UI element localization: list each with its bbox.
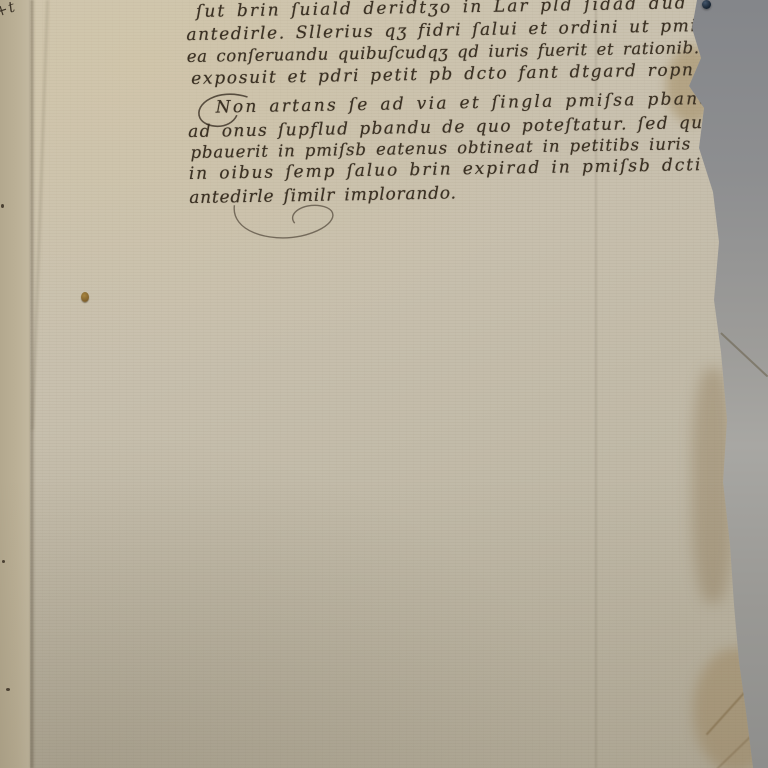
manuscript-page: +t ſut brin ſuiald deridtʒo in Lar pld ſ…	[0, 0, 768, 768]
pin-head	[702, 0, 711, 9]
paper-fleck	[81, 292, 89, 302]
manuscript-line: antedirle ſimilr implorando.	[189, 183, 457, 208]
photograph-of-manuscript: +t ſut brin ſuiald deridtʒo in Lar pld ſ…	[0, 0, 768, 768]
ink-speck	[2, 560, 5, 563]
ink-speck	[6, 688, 10, 691]
handwritten-text-block: ſut brin ſuiald deridtʒo in Lar pld ſida…	[0, 0, 768, 263]
